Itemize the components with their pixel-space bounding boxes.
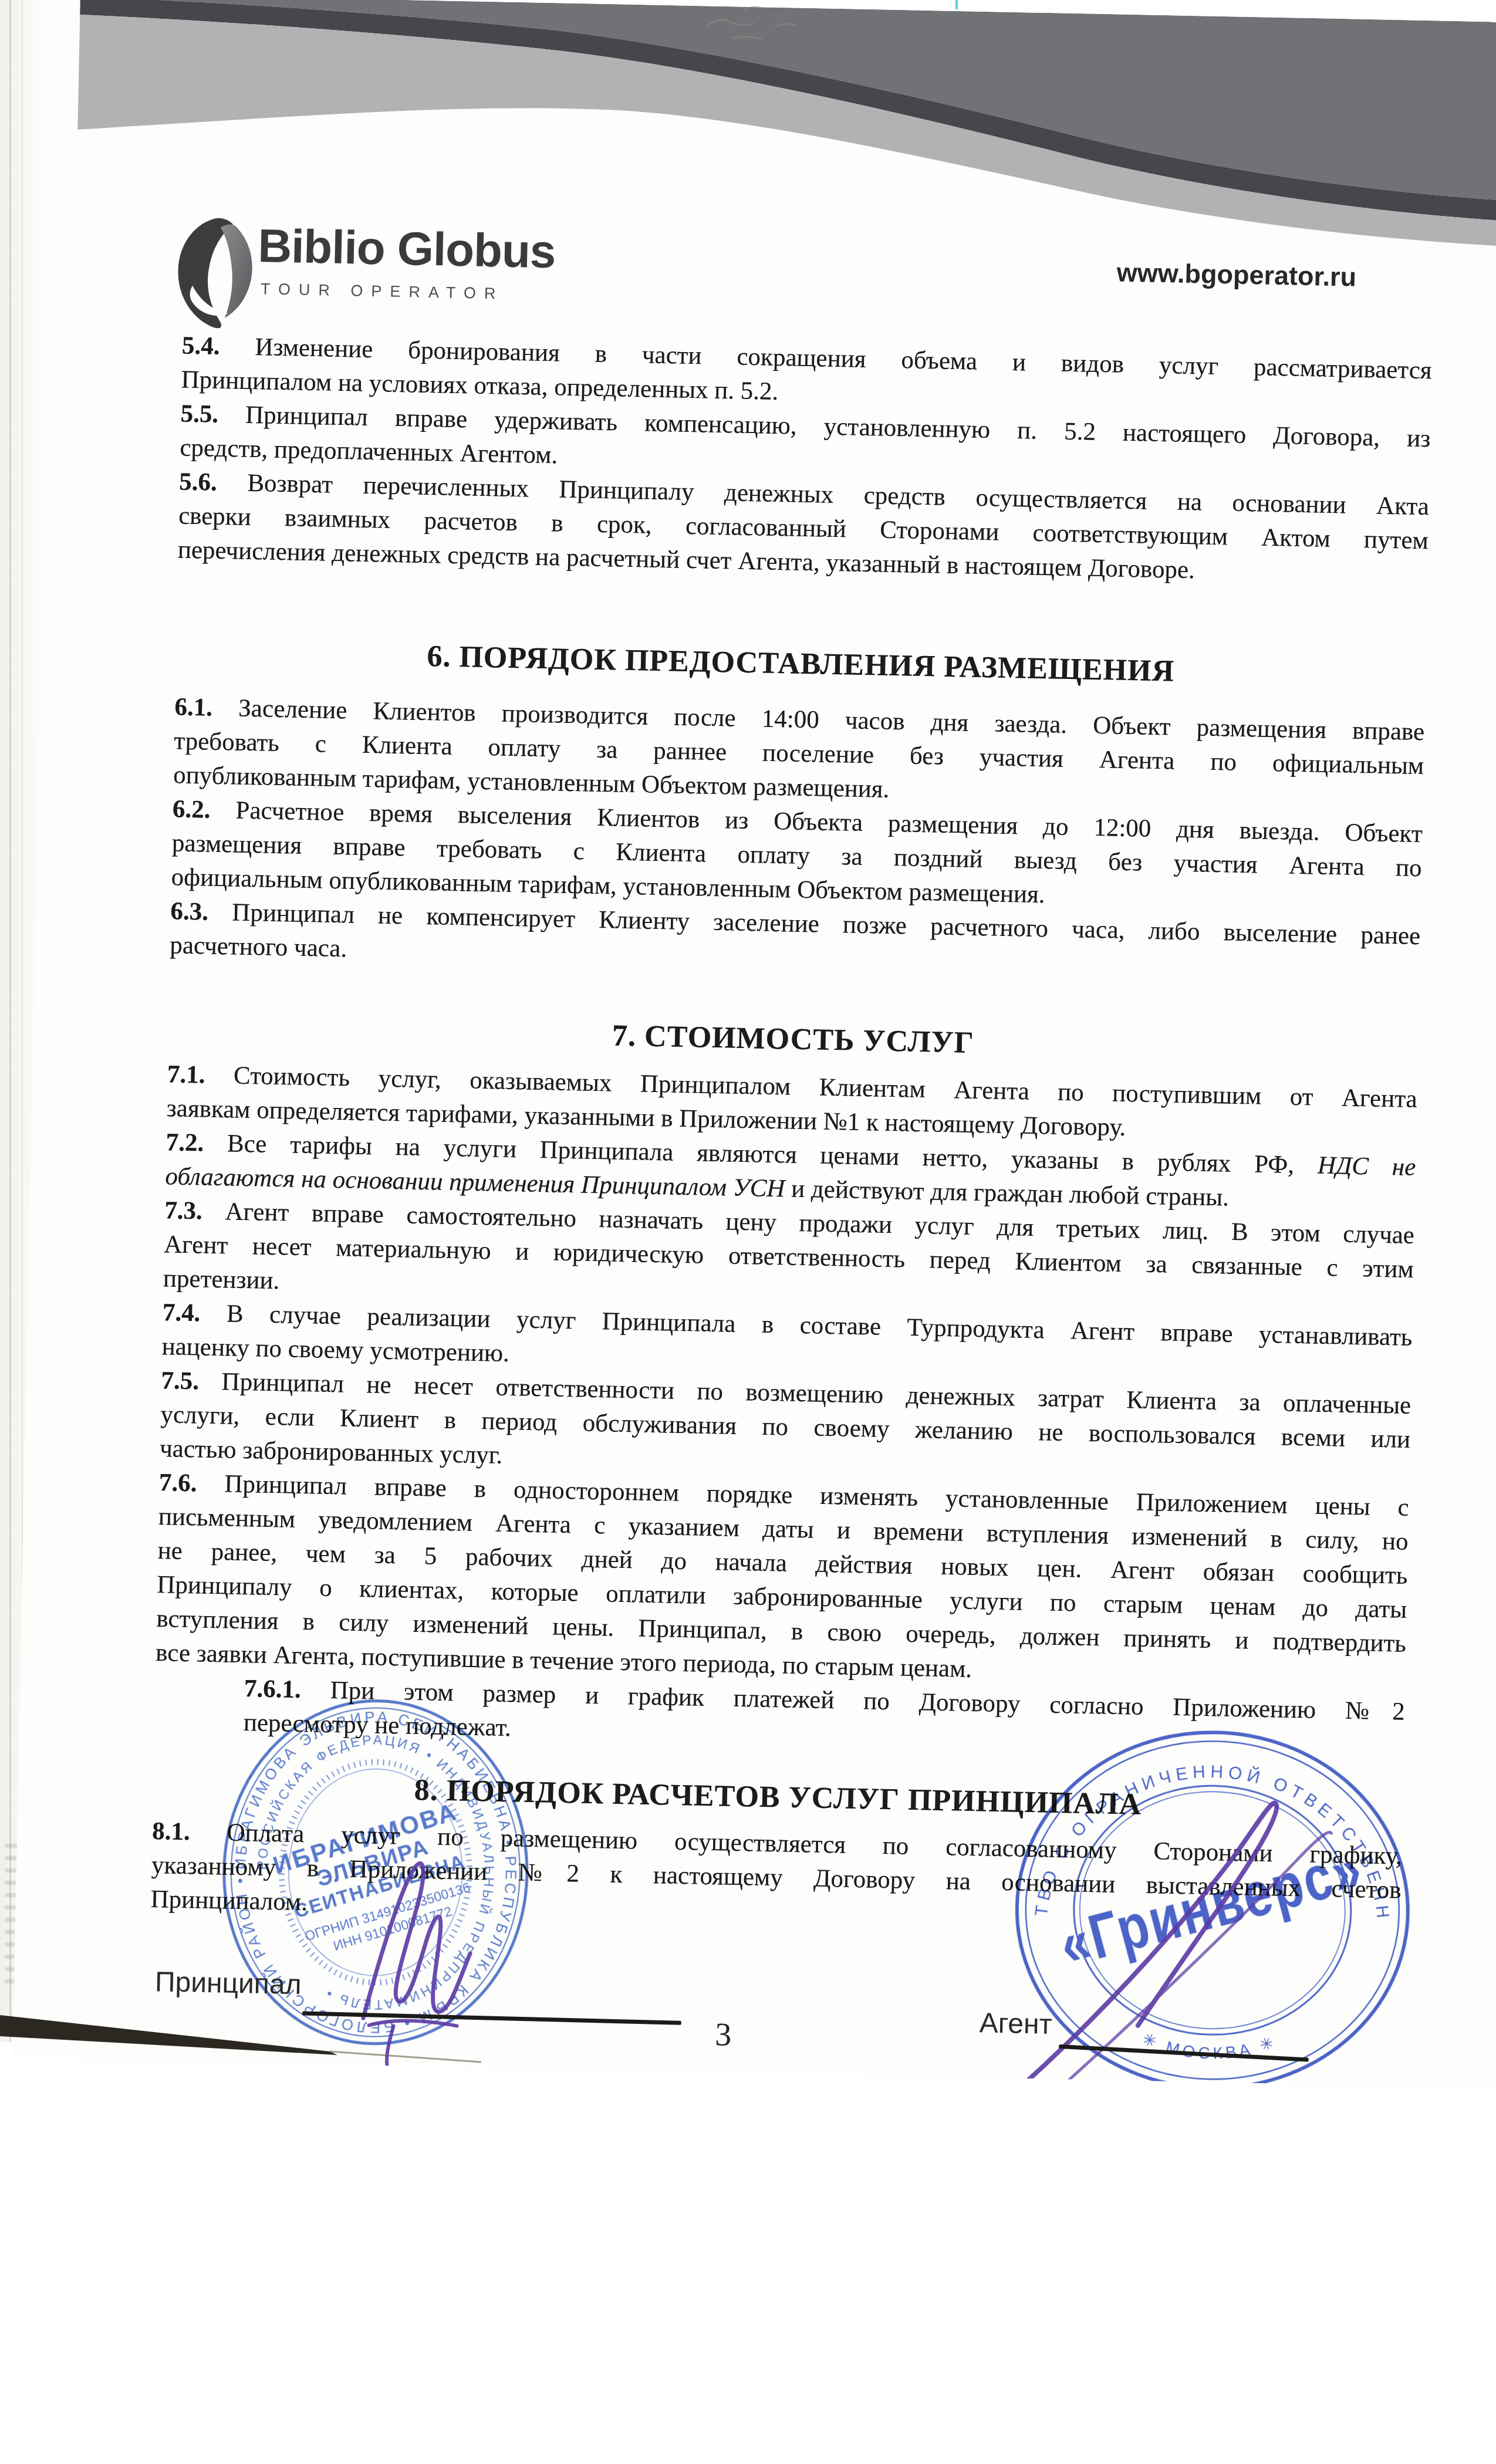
scan-color-tick — [955, 0, 958, 9]
pencil-scribble-artifact — [0, 0, 1496, 70]
scanned-contract-page: Biblio Globus TOUR OPERATOR www.bgoperat… — [0, 0, 1496, 2464]
page-edge-shadow — [0, 0, 1496, 2464]
